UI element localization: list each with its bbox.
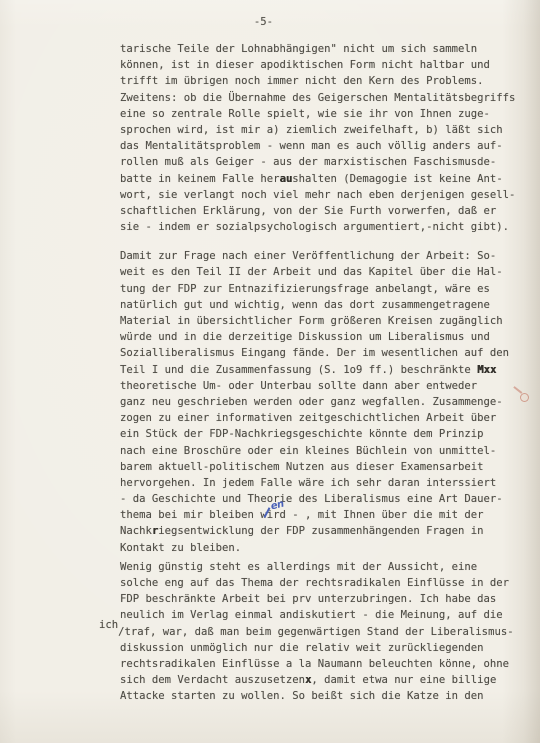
- text-line: FDP beschränkte Arbeit bei prv unterzubr…: [120, 591, 524, 607]
- corrected-word: wirden: [260, 507, 286, 523]
- text-line: tung der FDP zur Entnazifizierungsfrage …: [120, 281, 524, 297]
- text-line: ganz neu geschrieben werden oder ganz we…: [120, 394, 524, 410]
- text-line: Zweitens: ob die Übernahme des Geigersch…: [120, 90, 524, 106]
- text-line: thema bei mir bleiben wirden - , mit Ihn…: [120, 507, 524, 523]
- text-line: Teil I und die Zusammenfassung (S. 1o9 f…: [120, 362, 524, 378]
- text-body: tarische Teile der Lohnabhängigen" nicht…: [120, 41, 524, 705]
- text-line: rechtsradikalen Einflüsse a la Naumann b…: [120, 656, 524, 672]
- text-line: schaftlichen Erklärung, von der Sie Furt…: [120, 203, 524, 219]
- text-line: neulich im Verlag einmal andiskutiert - …: [120, 607, 524, 623]
- overstruck-text: Mxx: [477, 364, 496, 376]
- text-line: können, ist in dieser apodiktischen Form…: [120, 57, 524, 73]
- overstruck-text: x: [305, 674, 311, 686]
- document-page: -5- tarische Teile der Lohnabhängigen" n…: [0, 0, 540, 743]
- text-line: diskussion unmöglich nur die relativ wei…: [120, 640, 524, 656]
- text-line: Sozialliberalismus Eingang fände. Der im…: [120, 345, 524, 361]
- text-line: weit es den Teil II der Arbeit und das K…: [120, 264, 524, 280]
- pen-mark-icon: [520, 393, 529, 402]
- text-line: zogen zu einer informativen zeitgeschich…: [120, 410, 524, 426]
- text-line: nach eine Broschüre oder ein kleines Büc…: [120, 443, 524, 459]
- paragraph: Damit zur Frage nach einer Veröffentlich…: [120, 248, 524, 556]
- text-line: trifft im übrigen noch immer nicht den K…: [120, 73, 524, 89]
- text-line: sie - indem er sozialpsychologisch argum…: [120, 219, 524, 235]
- text-line: Material in übersichtlicher Form größere…: [120, 313, 524, 329]
- text-line: hervorgehen. In jedem Falle wäre ich seh…: [120, 475, 524, 491]
- text-line: Wenig günstig steht es allerdings mit de…: [120, 559, 524, 575]
- text-line: sich dem Verdacht auszusetzenx, damit et…: [120, 672, 524, 688]
- overstruck-text: r: [152, 525, 158, 537]
- text-line: würde und in die derzeitige Diskussion u…: [120, 329, 524, 345]
- text-line: Nachkriegsentwicklung der FDP zusammenhä…: [120, 523, 524, 539]
- text-line: - da Geschichte und Theorie des Liberali…: [120, 491, 524, 507]
- text-line: solche eng auf das Thema der rechtsradik…: [120, 575, 524, 591]
- paragraph: Wenig günstig steht es allerdings mit de…: [120, 559, 524, 705]
- text-line: Kontakt zu bleiben.: [120, 540, 524, 556]
- text-line: barem aktuell-politischem Nutzen aus die…: [120, 459, 524, 475]
- text-line: sprochen wird, ist mir a) ziemlich zweif…: [120, 122, 524, 138]
- text-line: natürlich gut und wichtig, wenn das dort…: [120, 297, 524, 313]
- text-line: das Mentalitätsproblem - wenn man es auc…: [120, 138, 524, 154]
- text-line: wort, sie verlangt noch viel mehr nach e…: [120, 187, 524, 203]
- overstruck-text: au: [279, 173, 292, 185]
- text-line: theoretische Um- oder Unterbau sollte da…: [120, 378, 524, 394]
- text-line: rollen muß als Geiger - aus der marxisti…: [120, 154, 524, 170]
- text-line: eine so zentrale Rolle spielt, wie sie i…: [120, 106, 524, 122]
- page-number: -5-: [0, 16, 527, 28]
- text-line: Attacke starten zu wollen. So beißt sich…: [120, 688, 524, 704]
- text-line: Damit zur Frage nach einer Veröffentlich…: [120, 248, 524, 264]
- text-line: tarische Teile der Lohnabhängigen" nicht…: [120, 41, 524, 57]
- typed-insertion: ich: [99, 617, 118, 633]
- paragraph: tarische Teile der Lohnabhängigen" nicht…: [120, 41, 524, 235]
- text-line: ich/traf, war, daß man beim gegenwärtige…: [120, 624, 524, 640]
- text-line: batte in keinem Falle heraushalten (Dema…: [120, 171, 524, 187]
- text-line: ein Stück der FDP-Nachkriegsgeschichte k…: [120, 426, 524, 442]
